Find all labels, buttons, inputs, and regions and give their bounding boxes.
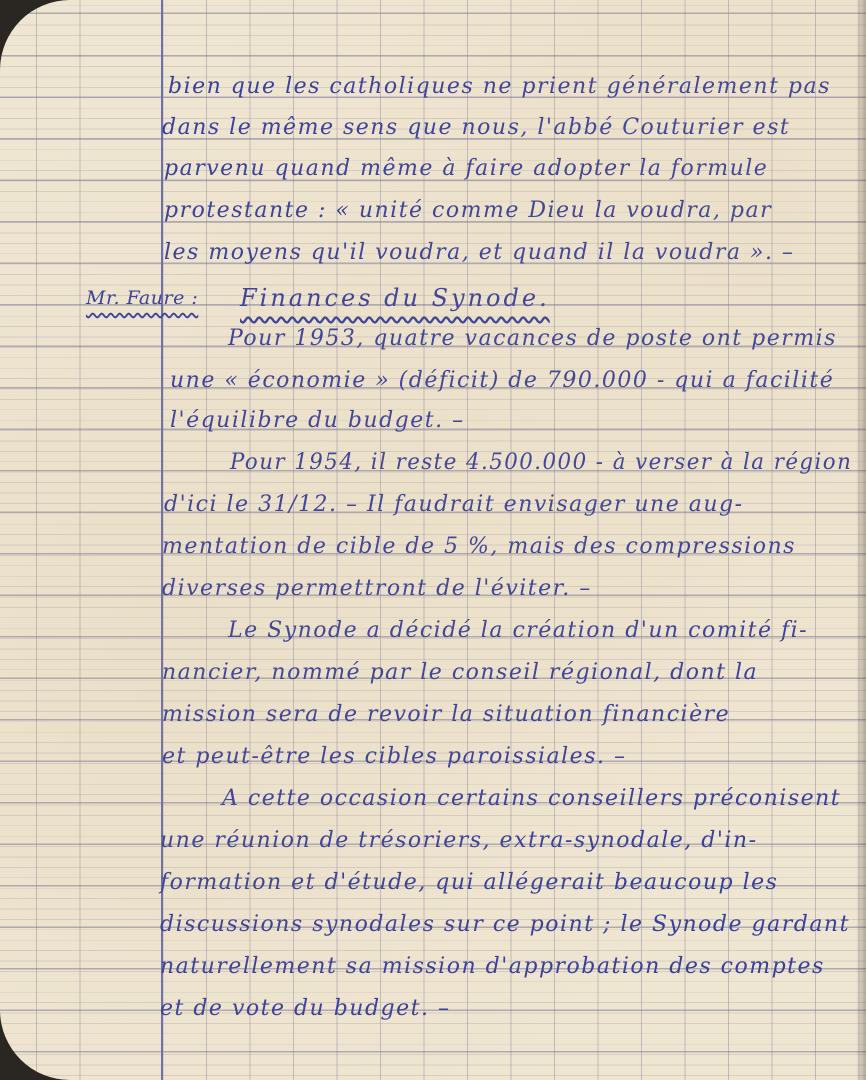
notebook-page: bien que les catholiques ne prient génér… <box>0 0 866 1080</box>
handwritten-line: diverses permettront de l'éviter. – <box>162 578 592 600</box>
section-heading: Finances du Synode. <box>240 286 550 310</box>
handwritten-line: l'équilibre du budget. – <box>170 410 465 432</box>
page-edge-shadow <box>856 0 866 1080</box>
handwritten-line: et de vote du budget. – <box>160 998 451 1020</box>
handwritten-line: parvenu quand même à faire adopter la fo… <box>164 158 768 180</box>
handwritten-line: formation et d'étude, qui allégerait bea… <box>160 872 778 894</box>
handwritten-line: Pour 1954, il reste 4.500.000 ‑ à verser… <box>230 452 852 474</box>
handwritten-line: et peut-être les cibles paroissiales. – <box>162 746 626 768</box>
handwritten-line: dans le même sens que nous, l'abbé Coutu… <box>162 117 790 139</box>
handwritten-line: naturellement sa mission d'approbation d… <box>160 956 825 978</box>
handwritten-line: Le Synode a décidé la création d'un comi… <box>228 620 808 642</box>
handwritten-line: une réunion de trésoriers, extra-synodal… <box>160 830 758 852</box>
handwritten-line: mission sera de revoir la situation fina… <box>162 704 730 726</box>
handwritten-line: protestante : « unité comme Dieu la voud… <box>164 200 772 222</box>
handwritten-line: discussions synodales sur ce point ; le … <box>160 914 850 936</box>
handwritten-line: bien que les catholiques ne prient génér… <box>168 76 831 98</box>
handwritten-line: mentation de cible de 5 %, mais des comp… <box>162 536 796 558</box>
handwritten-line: d'ici le 31/12. – Il faudrait envisager … <box>164 494 744 516</box>
handwritten-line: nancier, nommé par le conseil régional, … <box>162 662 758 684</box>
handwritten-line: A cette occasion certains conseillers pr… <box>222 788 841 810</box>
speaker-label: Mr. Faure : <box>86 289 198 308</box>
handwritten-line: une « économie » (déficit) de 790.000 ‑ … <box>170 370 834 392</box>
handwritten-line: les moyens qu'il voudra, et quand il la … <box>164 242 794 264</box>
handwritten-line: Pour 1953, quatre vacances de poste ont … <box>228 328 837 350</box>
